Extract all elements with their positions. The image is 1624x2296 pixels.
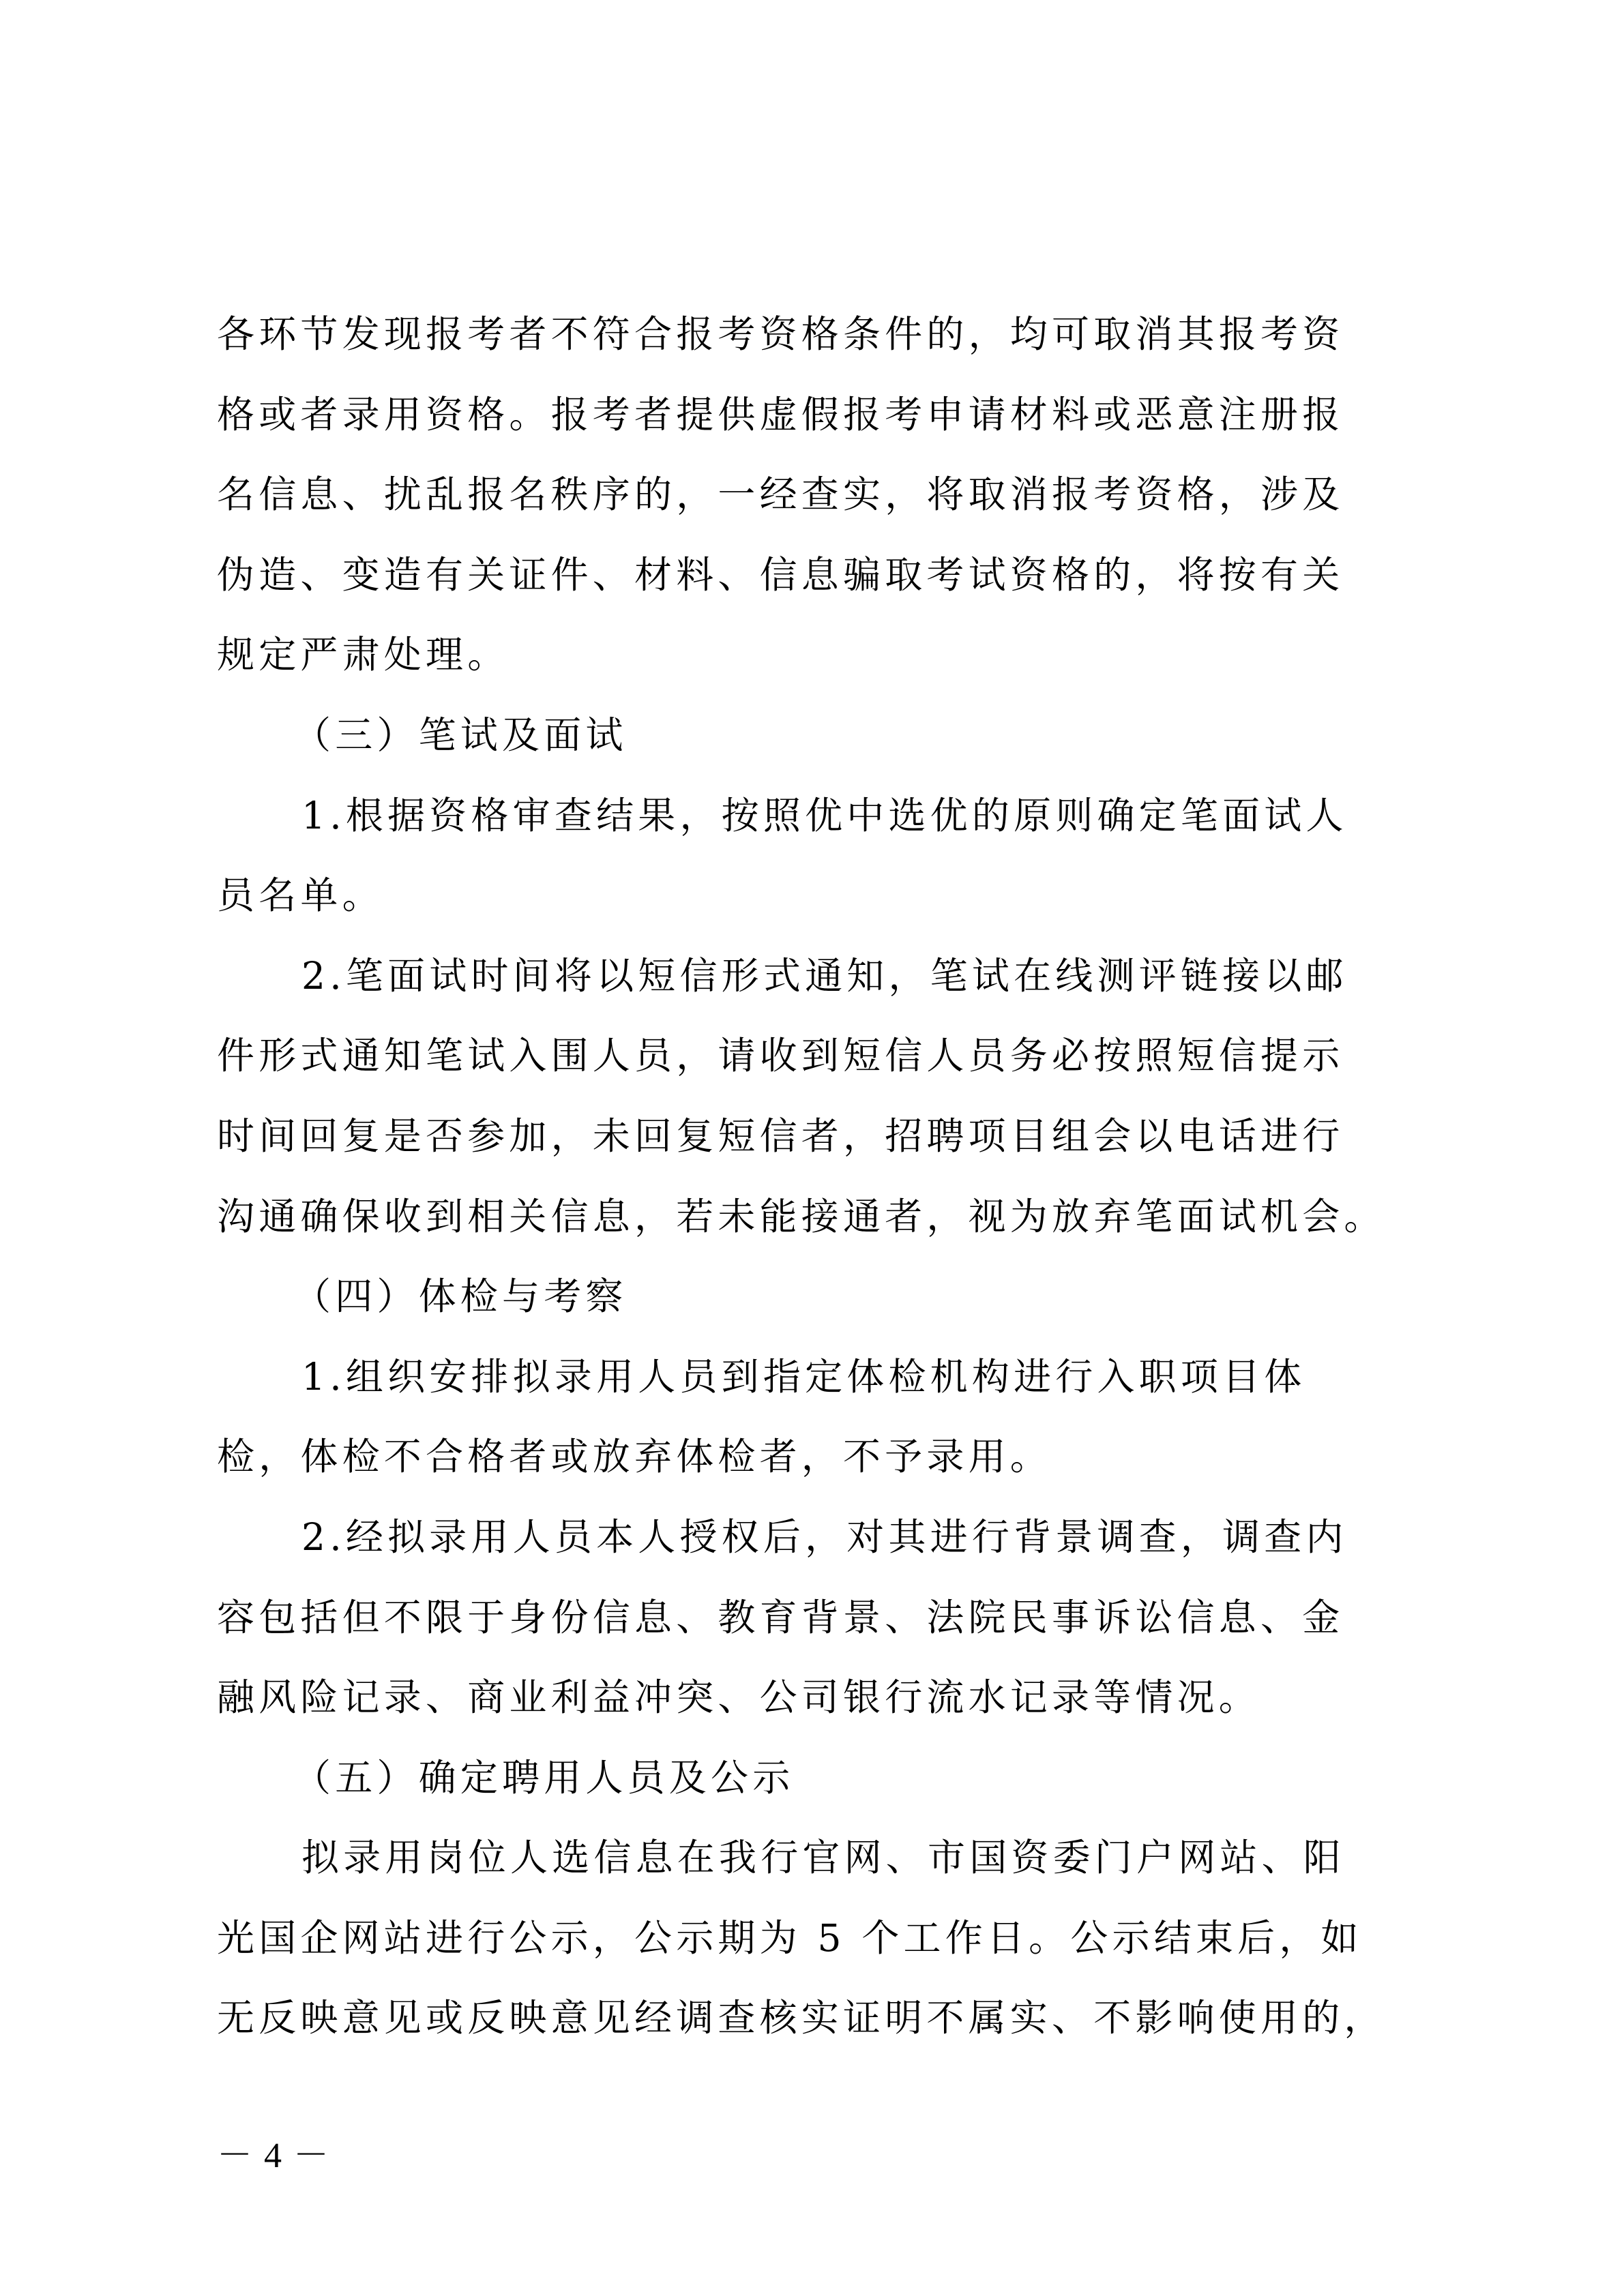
text-line: 融风险记录、商业利益冲突、公司银行流水记录等情况。 [217, 1658, 1411, 1738]
text-line: 无反映意见或反映意见经调查核实证明不属实、不影响使用的， [217, 1978, 1411, 2059]
paragraph-eligibility-continued: 各环节发现报考者不符合报考资格条件的，均可取消其报考资 格或者录用资格。报考者提… [217, 295, 1411, 696]
section-heading-medical-exam-assessment: （四）体检与考察 [217, 1257, 1411, 1337]
text-line: 员名单。 [217, 856, 1411, 936]
paragraph-section-3-item-1: 1.根据资格审查结果，按照优中选优的原则确定笔面试人 员名单。 [217, 776, 1411, 936]
text-line: 各环节发现报考者不符合报考资格条件的，均可取消其报考资 [217, 295, 1411, 375]
text-line: 1.组织安排拟录用人员到指定体检机构进行入职项目体 [217, 1337, 1411, 1418]
paragraph-section-4-item-1: 1.组织安排拟录用人员到指定体检机构进行入职项目体 检，体检不合格者或放弃体检者… [217, 1337, 1411, 1497]
text-line: 拟录用岗位人选信息在我行官网、市国资委门户网站、阳 [217, 1818, 1411, 1898]
paragraph-section-4-item-2: 2.经拟录用人员本人授权后，对其进行背景调查，调查内 容包括但不限于身份信息、教… [217, 1497, 1411, 1738]
paragraph-section-5-body: 拟录用岗位人选信息在我行官网、市国资委门户网站、阳 光国企网站进行公示，公示期为… [217, 1818, 1411, 2059]
text-line: 2.笔面试时间将以短信形式通知，笔试在线测评链接以邮 [217, 936, 1411, 1017]
section-heading-hiring-publicity: （五）确定聘用人员及公示 [217, 1738, 1411, 1819]
document-page: 各环节发现报考者不符合报考资格条件的，均可取消其报考资 格或者录用资格。报考者提… [0, 0, 1624, 2296]
document-body: 各环节发现报考者不符合报考资格条件的，均可取消其报考资 格或者录用资格。报考者提… [217, 295, 1411, 2059]
text-line: 2.经拟录用人员本人授权后，对其进行背景调查，调查内 [217, 1497, 1411, 1578]
page-number: － 4 － [217, 2126, 330, 2177]
paragraph-section-3-item-2: 2.笔面试时间将以短信形式通知，笔试在线测评链接以邮 件形式通知笔试入围人员，请… [217, 936, 1411, 1257]
section-heading-written-test-interview: （三）笔试及面试 [217, 696, 1411, 776]
text-line: 时间回复是否参加，未回复短信者，招聘项目组会以电话进行 [217, 1097, 1411, 1177]
text-line: 光国企网站进行公示，公示期为 5 个工作日。公示结束后，如 [217, 1898, 1411, 1979]
text-line: 名信息、扰乱报名秩序的，一经查实，将取消报考资格，涉及 [217, 455, 1411, 535]
text-line: 沟通确保收到相关信息，若未能接通者，视为放弃笔面试机会。 [217, 1177, 1411, 1257]
text-line: 容包括但不限于身份信息、教育背景、法院民事诉讼信息、金 [217, 1578, 1411, 1658]
text-line: 件形式通知笔试入围人员，请收到短信人员务必按照短信提示 [217, 1016, 1411, 1097]
text-line: 检，体检不合格者或放弃体检者，不予录用。 [217, 1417, 1411, 1497]
text-line: 规定严肃处理。 [217, 615, 1411, 696]
text-line: 1.根据资格审查结果，按照优中选优的原则确定笔面试人 [217, 776, 1411, 856]
text-line: 伪造、变造有关证件、材料、信息骗取考试资格的，将按有关 [217, 535, 1411, 616]
text-line: 格或者录用资格。报考者提供虚假报考申请材料或恶意注册报 [217, 375, 1411, 456]
